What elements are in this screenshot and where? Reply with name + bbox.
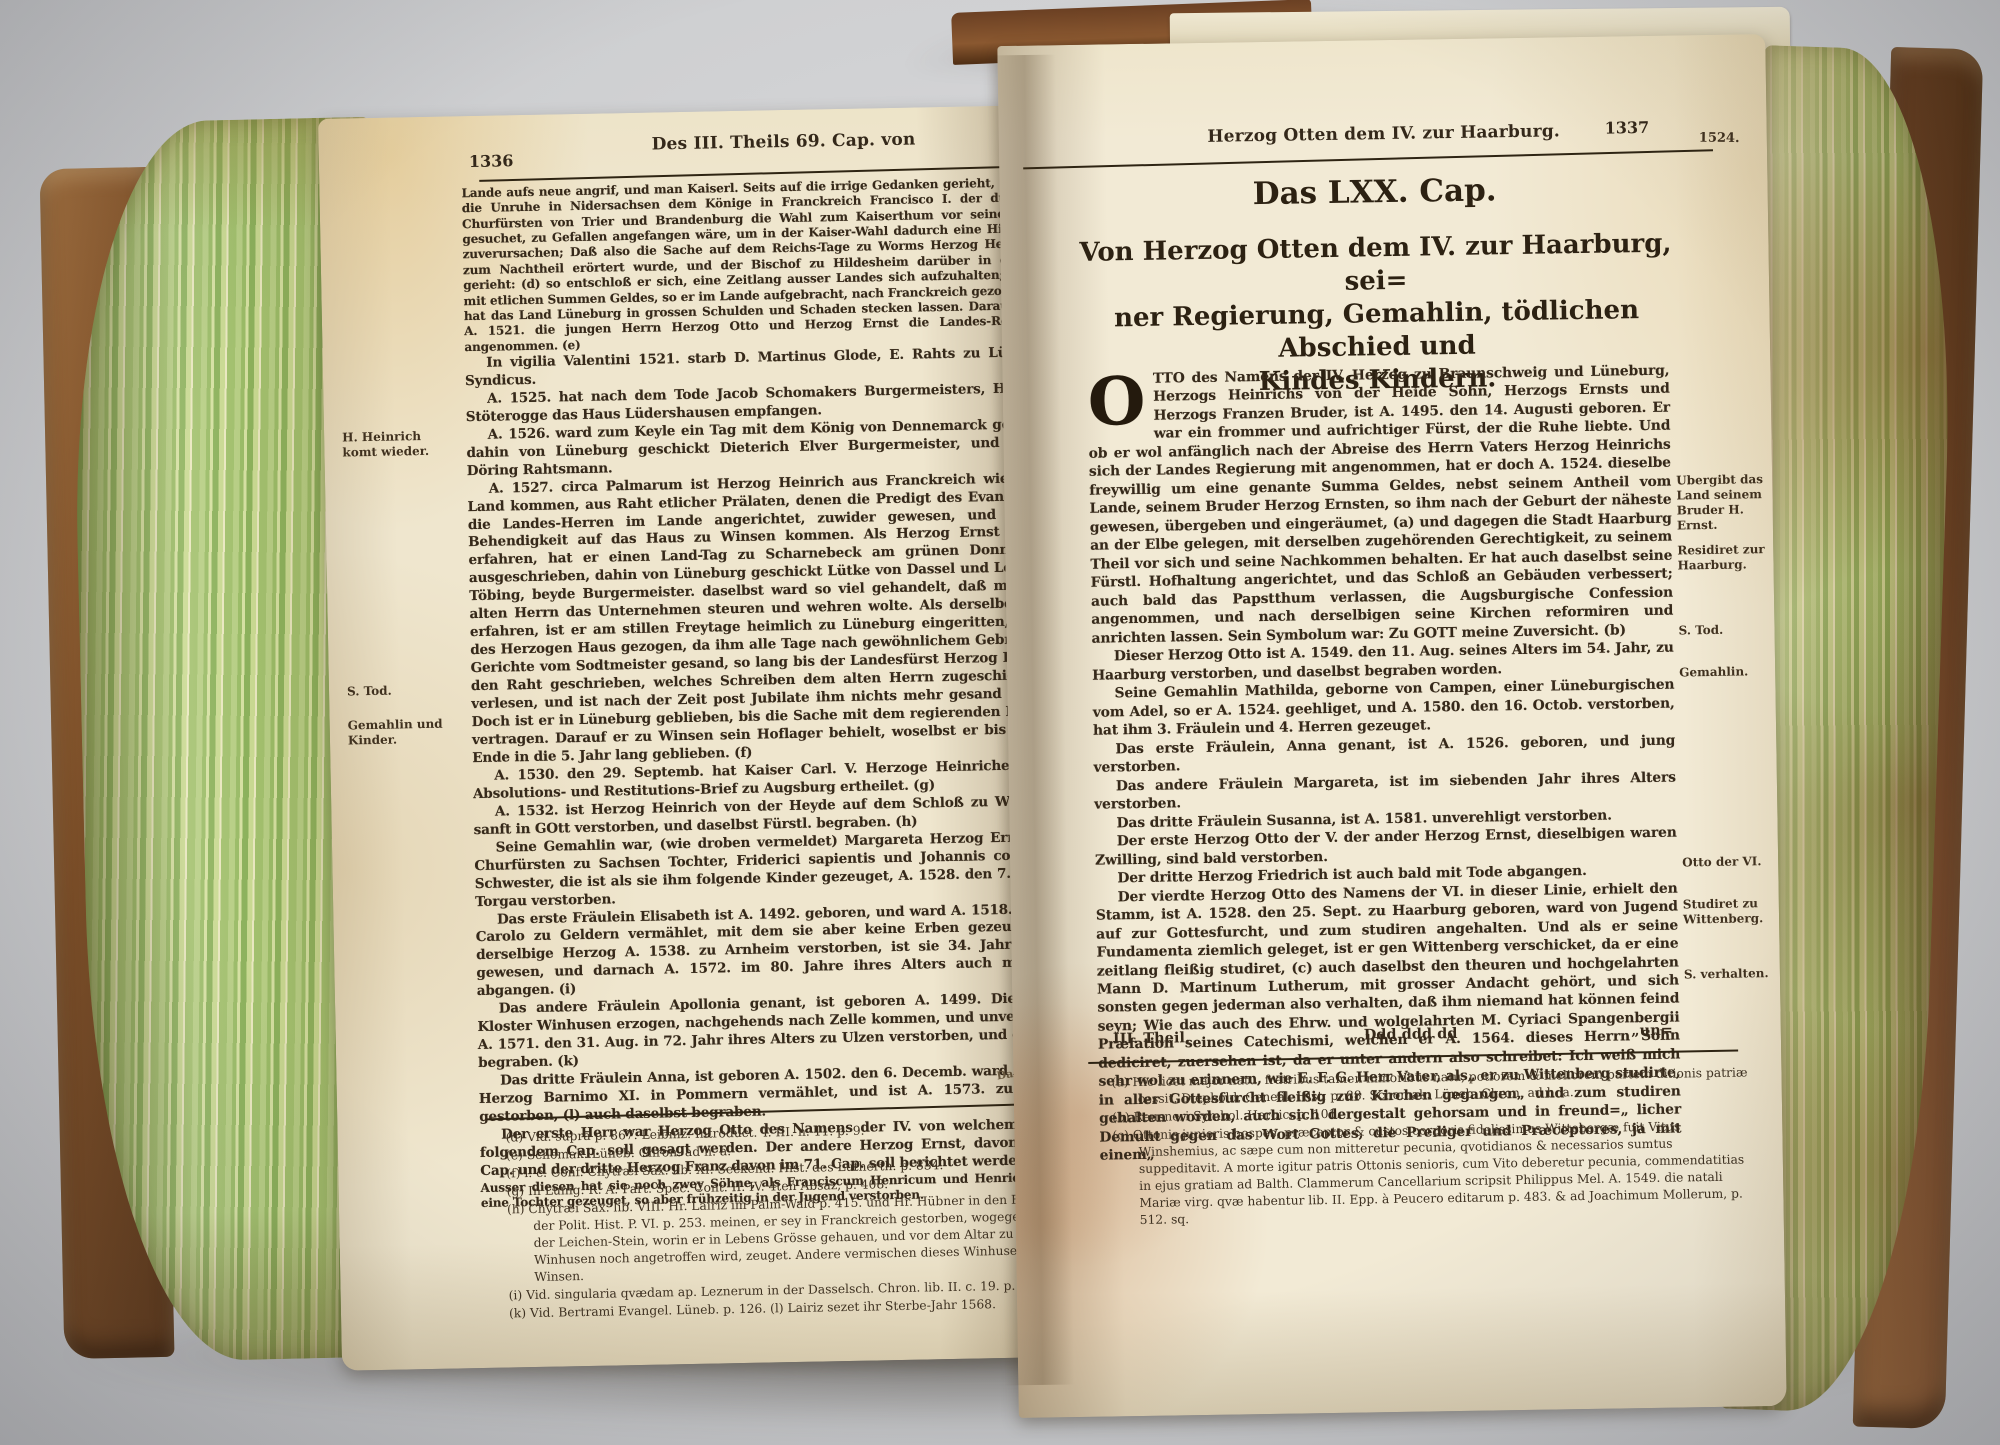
footnote-text: Ottonis junioris hospes, præceptor & cus… xyxy=(1133,1119,1745,1226)
left-page-number: 1336 xyxy=(469,151,514,171)
right-footnotes: (a) Hic licet major natu, fratribus tame… xyxy=(1111,1064,1757,1230)
right-catchword: „un= xyxy=(1631,1022,1673,1040)
left-margin-note: H. Heinrich komt wieder. xyxy=(342,428,455,460)
right-margin-note: S. Tod. xyxy=(1678,622,1766,638)
drop-cap-initial: O xyxy=(1087,374,1145,429)
left-body-text: Lande aufs neue angrif, und man Kaiserl.… xyxy=(461,175,1077,1212)
left-margin-note: S. Tod. xyxy=(347,682,459,699)
footnote-label: (e) xyxy=(506,1148,523,1162)
right-page-number: 1337 xyxy=(1604,118,1649,138)
footnote: (c) Ottonis junioris hospes, præceptor &… xyxy=(1112,1117,1758,1229)
right-margin-year: 1524. xyxy=(1699,131,1740,146)
right-margin-note: Gemahlin. xyxy=(1679,664,1767,680)
chapter-title-line: ner Regierung, Gemahlin, tödlichen Absch… xyxy=(1053,293,1700,369)
gathering-signature: Ddd ddd dd xyxy=(1364,1025,1458,1043)
right-margin-note: S. verhalten. xyxy=(1684,966,1772,982)
paragraph: A. 1527. circa Palmarum ist Herzog Heinr… xyxy=(467,469,1068,768)
right-margin-note: Otto der VI. xyxy=(1682,854,1770,870)
footnote-label: (c) xyxy=(1112,1128,1129,1142)
footnote-label: (a) xyxy=(1111,1075,1128,1089)
paragraph: Das andere Fräulein Apollonia genant, is… xyxy=(477,990,1074,1073)
footnote-label: (h) xyxy=(507,1202,525,1216)
paragraph: TTO des Namens der IV. Herzog zu Braunsc… xyxy=(1089,363,1674,647)
footnote-label: (d) xyxy=(506,1130,524,1144)
paragraph-with-dropcap: OTTO des Namens der IV. Herzog zu Brauns… xyxy=(1087,362,1673,648)
chapter-heading: Das LXX. Cap. xyxy=(1084,170,1664,215)
footnote-label: (f) xyxy=(506,1166,520,1180)
volume-label: III. Theil. xyxy=(1113,1029,1190,1047)
chapter-title-line: Von Herzog Otten dem IV. zur Haarburg, s… xyxy=(1052,227,1699,303)
footnote-label: (g) xyxy=(507,1184,525,1198)
footnote-text: Chytræi Sax. lib. VIII. Hr. Lairiz im Pa… xyxy=(528,1192,1060,1284)
left-margin-note: Gemahlin und Kinder. xyxy=(348,716,461,748)
right-margin-note: Residiret zur Haarburg. xyxy=(1677,542,1765,573)
paragraph: Das erste Fräulein Elisabeth ist A. 1492… xyxy=(475,900,1073,1001)
right-page: Herzog Otten dem IV. zur Haarburg. 1337 … xyxy=(997,34,1786,1418)
paragraph: Seine Gemahlin war, (wie droben vermelde… xyxy=(474,828,1071,911)
right-running-title: Herzog Otten dem IV. zur Haarburg. xyxy=(1149,120,1619,147)
right-margin-note: Ubergibt das Land seinem Bruder H. Ernst… xyxy=(1676,472,1765,533)
right-header-rule xyxy=(1023,149,1713,169)
footnote: (h) Chytræi Sax. lib. VIII. Hr. Lairiz i… xyxy=(507,1191,1075,1287)
paragraph: Lande aufs neue angrif, und man Kaiserl.… xyxy=(461,175,1060,355)
photo-of-open-book: 1336 Des III. Theils 69. Cap. von H. Hei… xyxy=(0,0,2000,1445)
paragraph: Seine Gemahlin Mathilda, geborne von Cam… xyxy=(1092,676,1675,741)
left-footnotes: (d) Vid. supra p. 867. Leibniz. Introduc… xyxy=(505,1119,1075,1323)
right-margin-note: Studiret zu Wittenberg. xyxy=(1683,896,1771,927)
footnote-text: Schomak. Lüneb. Chron. ad h. a. xyxy=(527,1144,732,1162)
footnote-label: (i) xyxy=(509,1288,523,1302)
left-page: 1336 Des III. Theils 69. Cap. von H. Hei… xyxy=(318,105,1054,1370)
footnote-text: Reusneri Symbol. Heroic. p. 101. xyxy=(1133,1107,1340,1124)
footnote-label: (b) xyxy=(1112,1110,1130,1124)
footnote-label: (k) xyxy=(509,1306,526,1320)
left-running-title: Des III. Theils 69. Cap. von xyxy=(568,128,998,156)
